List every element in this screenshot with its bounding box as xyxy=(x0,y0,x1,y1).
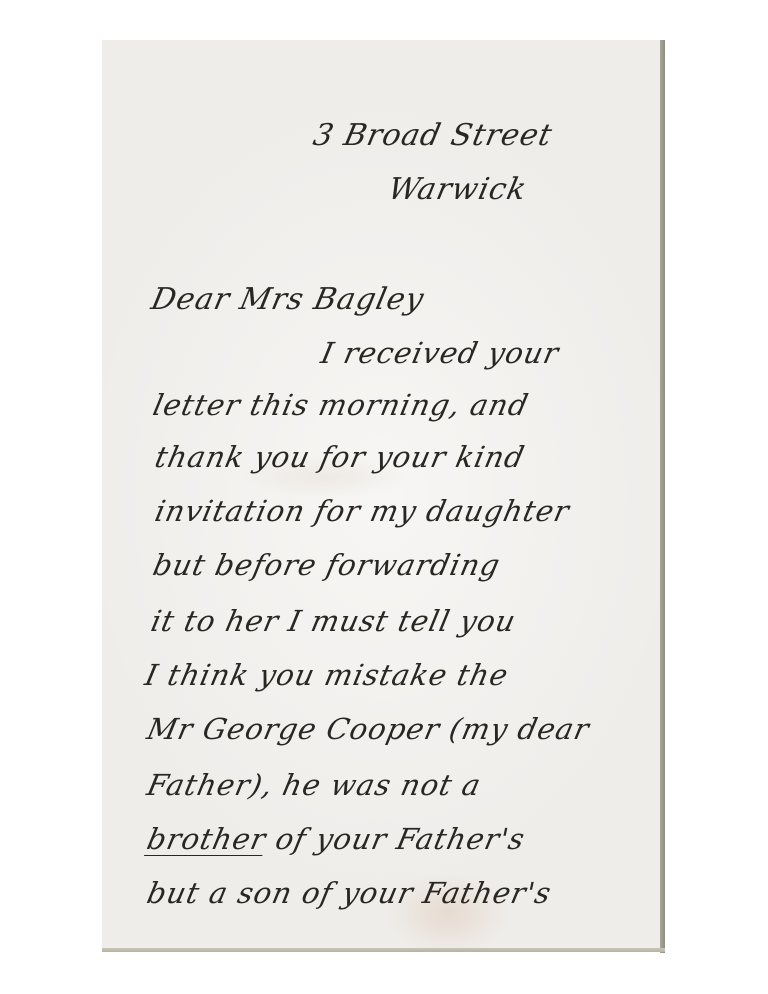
body-line-4: invitation for my daughter xyxy=(152,494,573,528)
body-line-11: but a son of your Father's xyxy=(144,876,555,910)
sheet-bottom-edge xyxy=(102,948,665,952)
body-line-9: Father), he was not a xyxy=(144,768,484,802)
body-line-2: letter this morning, and xyxy=(150,388,532,422)
body-line-1: I received your xyxy=(318,336,562,370)
address-street: 3 Broad Street xyxy=(310,118,556,153)
body-line-8: Mr George Cooper (my dear xyxy=(144,712,593,746)
body-line-10-rest: of your Father's xyxy=(272,822,528,856)
address-town: Warwick xyxy=(385,172,530,207)
body-line-3: thank you for your kind xyxy=(152,440,528,474)
body-line-6: it to her I must tell you xyxy=(148,604,519,638)
underlined-word: brother xyxy=(144,822,269,856)
body-line-5: but before forwarding xyxy=(150,548,504,582)
body-line-7: I think you mistake the xyxy=(142,658,512,692)
salutation: Dear Mrs Bagley xyxy=(148,282,427,317)
sheet-right-edge xyxy=(660,40,665,953)
body-line-10: brother of your Father's xyxy=(144,822,528,856)
